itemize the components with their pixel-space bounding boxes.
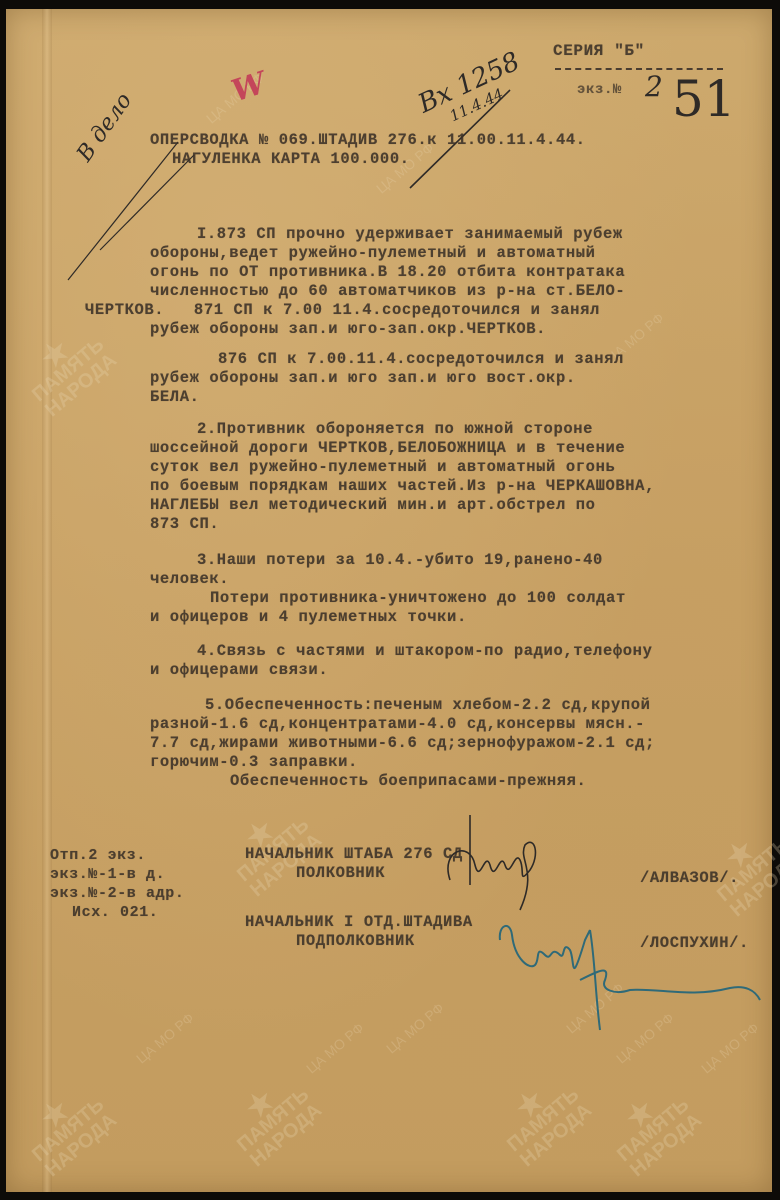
text-line: обороны,ведет ружейно-пулеметный и автом… — [150, 244, 596, 263]
paper-fold — [42, 9, 52, 1192]
text-line: и офицерами связи. — [150, 661, 328, 680]
text-line: 7.7 сд,жирами животными-6.6 сд;зернофура… — [150, 734, 655, 753]
text-line: горючим-0.3 заправки. — [150, 753, 358, 772]
text-line: 876 СП к 7.00.11.4.сосредоточился и заня… — [218, 350, 624, 369]
text-line: НАГЛЕБЫ вел методический мин.и арт.обстр… — [150, 496, 596, 515]
text-line: по боевым порядкам наших частей.Из р-на … — [150, 477, 655, 496]
copy-number-label: экз.№ — [577, 81, 622, 100]
series-stamp: СЕРИЯ "Б" — [553, 42, 645, 61]
text-line: рубеж обороны зап.и юго-зап.окр.ЧЕРТКОВ. — [150, 320, 546, 339]
registration-underline — [400, 55, 520, 195]
pencil-signature — [440, 810, 550, 920]
signatory-title: НАЧАЛЬНИК I ОТД.ШТАДИВА — [245, 913, 473, 932]
text-line: Исх. 021. — [72, 903, 158, 922]
signatory-rank: ПОДПОЛКОВНИК — [296, 932, 415, 951]
map-reference: НАГУЛЕНКА КАРТА 100.000. — [172, 150, 410, 169]
text-line: Отп.2 экз. — [50, 846, 146, 865]
page-number: 51 — [672, 70, 736, 128]
text-line: численностью до 60 автоматчиков из р-на … — [150, 282, 625, 301]
copy-number: 2 — [645, 70, 663, 103]
signatory-title: НАЧАЛЬНИК ШТАБА 276 СД — [245, 845, 463, 864]
text-line: разной-1.6 сд,концентратами-4.0 сд,консе… — [150, 715, 645, 734]
text-line: 4.Связь с частями и штакором-по радио,те… — [197, 642, 652, 661]
text-line: Обеспеченность боеприпасами-прежняя. — [230, 772, 586, 791]
text-line: экз.№-2-в адр. — [50, 884, 184, 903]
text-line: и офицеров и 4 пулеметных точки. — [150, 608, 467, 627]
ink-signature — [490, 910, 770, 1040]
text-line: экз.№-1-в д. — [50, 865, 165, 884]
text-line: огонь по ОТ противника.В 18.20 отбита ко… — [150, 263, 625, 282]
text-line: Потери противника-уничтожено до 100 солд… — [210, 589, 626, 608]
signatory-rank: ПОЛКОВНИК — [296, 864, 385, 883]
text-line: шоссейной дороги ЧЕРТКОВ,БЕЛОБОЖНИЦА и в… — [150, 439, 625, 458]
text-line: 2.Противник обороняется по южной стороне — [197, 420, 593, 439]
text-line: рубеж обороны зап.и юго зап.и юго вост.о… — [150, 369, 576, 388]
text-line: 3.Наши потери за 10.4.-убито 19,ранено-4… — [197, 551, 603, 570]
text-line: 5.Обеспеченность:печеным хлебом-2.2 сд,к… — [205, 696, 651, 715]
signatory-name: /АЛВАЗОВ/. — [640, 869, 739, 888]
text-line: человек. — [150, 570, 229, 589]
text-line: 873 СП. — [150, 515, 219, 534]
text-line: суток вел ружейно-пулеметный и автоматны… — [150, 458, 615, 477]
report-title: ОПЕРСВОДКА № 069.ШТАДИВ 276.к 11.00.11.4… — [150, 131, 586, 150]
text-line: ЧЕРТКОВ. 871 СП к 7.00 11.4.сосредоточил… — [85, 301, 600, 320]
text-line: БЕЛА. — [150, 388, 200, 407]
text-line: I.873 СП прочно удерживает занимаемый ру… — [197, 225, 623, 244]
